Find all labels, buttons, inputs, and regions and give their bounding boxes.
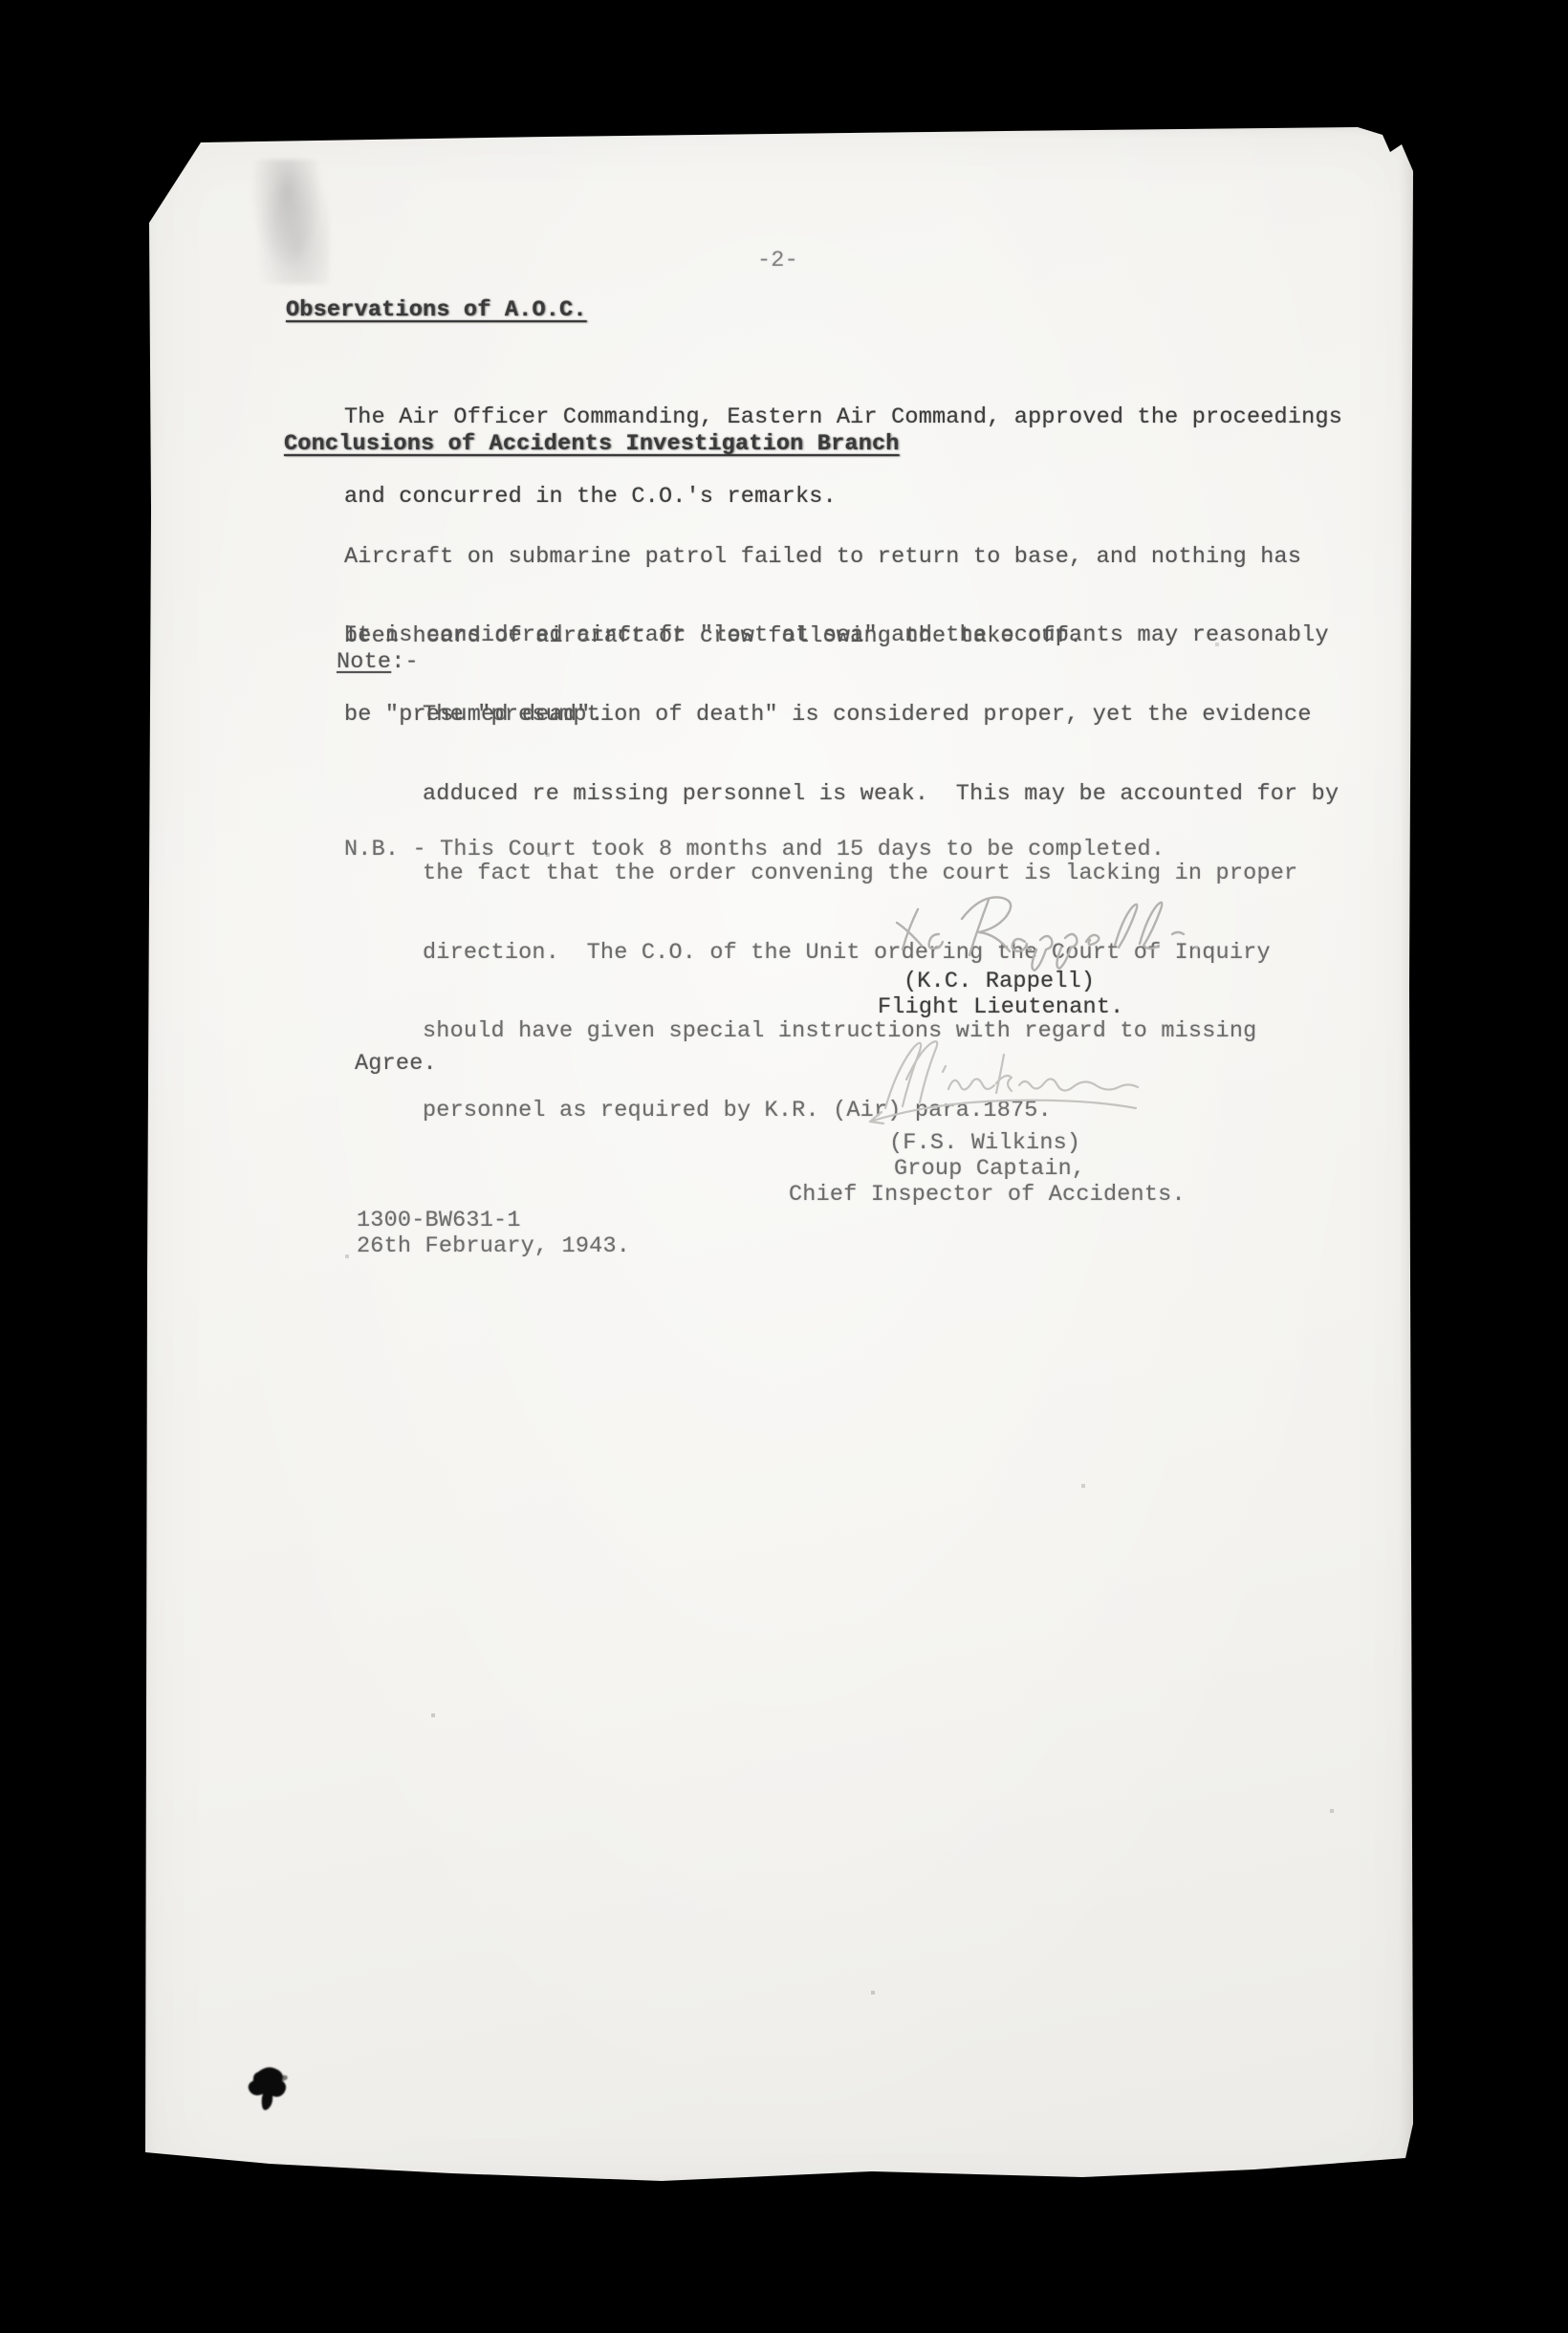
note-line: the fact that the order convening the co… xyxy=(423,861,1339,887)
paragraph-line: It is considered aircraft "lost at sea" … xyxy=(344,622,1329,649)
paragraph-line: The Air Officer Commanding, Eastern Air … xyxy=(344,404,1342,431)
rappell-typed-name: (K.C. Rappell) xyxy=(904,969,1095,995)
wilkins-title: Chief Inspector of Accidents. xyxy=(789,1182,1186,1209)
paragraph-line: Aircraft on submarine patrol failed to r… xyxy=(344,544,1301,571)
scanned-document-background: -2- Observations of A.O.C. The Air Offic… xyxy=(0,0,1568,2333)
page-number: -2- xyxy=(757,248,798,274)
reference-number: 1300-BW631-1 xyxy=(357,1208,521,1234)
ink-blot xyxy=(245,2064,291,2112)
paper-smudge xyxy=(252,160,329,284)
rappell-rank: Flight Lieutenant. xyxy=(878,994,1123,1021)
wilkins-typed-name: (F.S. Wilkins) xyxy=(889,1130,1080,1157)
observations-heading: Observations of A.O.C. xyxy=(286,297,587,324)
note-line: The "presumption of death" is considered… xyxy=(423,702,1339,729)
document-date: 26th February, 1943. xyxy=(357,1233,630,1260)
note-label: Note:- xyxy=(337,649,419,676)
nb-line: N.B. - This Court took 8 months and 15 d… xyxy=(344,837,1165,863)
document-page: -2- Observations of A.O.C. The Air Offic… xyxy=(145,127,1413,2192)
note-label-word: Note xyxy=(337,649,391,675)
rappell-signature xyxy=(889,884,1205,972)
wilkins-signature xyxy=(864,1032,1147,1129)
note-label-punct: :- xyxy=(391,649,419,675)
agree-label: Agree. xyxy=(355,1051,437,1078)
conclusions-heading: Conclusions of Accidents Investigation B… xyxy=(284,431,900,458)
paper-specks xyxy=(145,127,147,129)
wilkins-rank: Group Captain, xyxy=(894,1156,1085,1183)
note-line: adduced re missing personnel is weak. Th… xyxy=(423,781,1339,808)
